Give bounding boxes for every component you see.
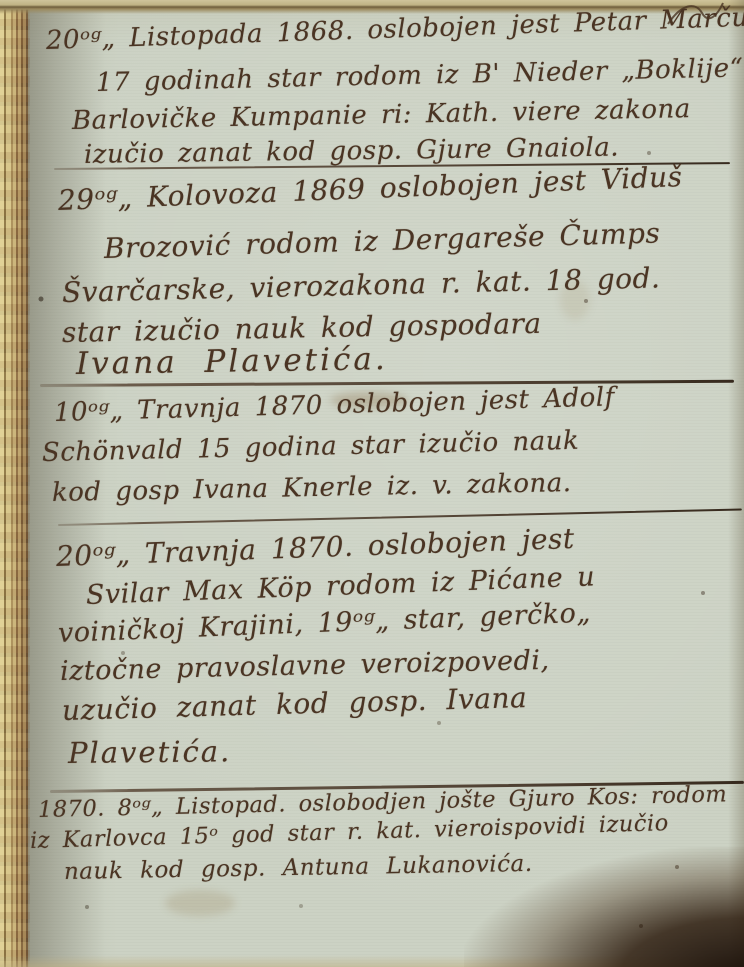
entry-2-line-5: Ivana Plavetića. (76, 341, 388, 382)
page-corner-shadow (464, 847, 744, 967)
document-scan: 20ᵒᵍ„ Listopada 1868. oslobojen jest Pet… (0, 0, 744, 967)
entry-4-line-6: Plavetića. (68, 734, 232, 770)
ink-specks (0, 0, 2, 2)
page-right-edge (728, 0, 744, 967)
book-binding-edge (0, 0, 30, 967)
paper-stain (165, 890, 235, 916)
